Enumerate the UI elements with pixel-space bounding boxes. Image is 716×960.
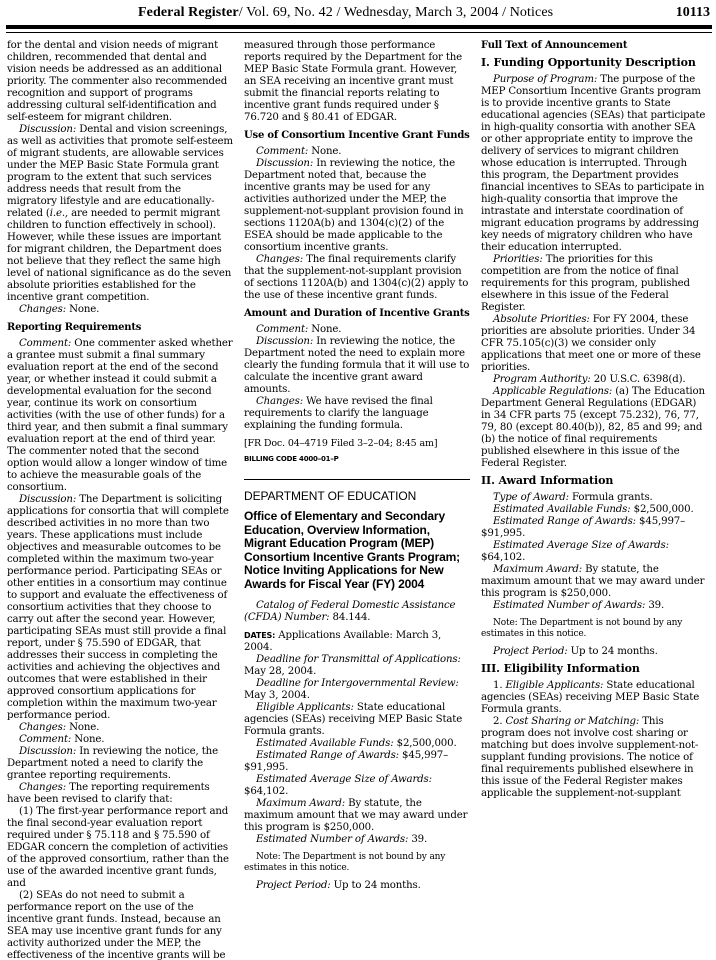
cfda-number: Catalog of Federal Domestic Assistance (… xyxy=(244,600,470,624)
paragraph: measured through those performance repor… xyxy=(244,40,470,124)
section-heading: I. Funding Opportunity Description xyxy=(481,57,707,69)
dates: DATES: Applications Available: March 3, … xyxy=(244,630,470,654)
paragraph-discussion: Discussion: In reviewing the notice, the… xyxy=(7,746,233,782)
section-heading: II. Award Information xyxy=(481,475,707,487)
estimated-average: Estimated Average Size of Awards: $64,10… xyxy=(244,774,470,798)
eligible-applicants: Eligible Applicants: State educational a… xyxy=(244,702,470,738)
estimated-range: Estimated Range of Awards: $45,997–$91,9… xyxy=(244,750,470,774)
paragraph-item-1: (1) The first-year performance report an… xyxy=(7,806,233,890)
header-title: Federal Register/ Vol. 69, No. 42 / Wedn… xyxy=(138,5,553,21)
issue-info: / Vol. 69, No. 42 / Wednesday, March 3, … xyxy=(239,5,553,20)
header-rule-thin xyxy=(6,32,712,33)
paragraph-comment: Comment: None. xyxy=(7,734,233,746)
paragraph-comment: Comment: None. xyxy=(244,324,470,336)
column-3: Full Text of Announcement I. Funding Opp… xyxy=(481,40,707,800)
publication-name: Federal Register xyxy=(138,5,239,20)
page-number: 10113 xyxy=(676,5,710,21)
section-heading: Reporting Requirements xyxy=(7,322,233,334)
paragraph-discussion: Discussion: In reviewing the notice, the… xyxy=(244,158,470,254)
estimated-funds: Estimated Available Funds: $2,500,000. xyxy=(244,738,470,750)
column-1: for the dental and vision needs of migra… xyxy=(7,40,233,960)
section-heading: Full Text of Announcement xyxy=(481,40,707,52)
paragraph-changes: Changes: None. xyxy=(7,722,233,734)
priorities: Priorities: The priorities for this comp… xyxy=(481,254,707,314)
estimated-average: Estimated Average Size of Awards: $64,10… xyxy=(481,540,707,564)
estimated-number: Estimated Number of Awards: 39. xyxy=(481,600,707,612)
paragraph: for the dental and vision needs of migra… xyxy=(7,40,233,124)
paragraph-discussion: Discussion: The Department is soliciting… xyxy=(7,494,233,722)
estimates-note: Note: The Department is not bound by any… xyxy=(481,618,707,640)
header-rule-thick xyxy=(6,25,712,29)
estimated-number: Estimated Number of Awards: 39. xyxy=(244,834,470,846)
purpose-of-program: Purpose of Program: The purpose of the M… xyxy=(481,74,707,254)
paragraph-discussion: Discussion: In reviewing the notice, the… xyxy=(244,336,470,396)
paragraph-comment: Comment: None. xyxy=(244,146,470,158)
estimated-funds: Estimated Available Funds: $2,500,000. xyxy=(481,504,707,516)
paragraph-comment: Comment: One commenter asked whether a g… xyxy=(7,338,233,494)
estimated-range: Estimated Range of Awards: $45,997–$91,9… xyxy=(481,516,707,540)
project-period: Project Period: Up to 24 months. xyxy=(481,646,707,658)
type-of-award: Type of Award: Formula grants. xyxy=(481,492,707,504)
page-header: Federal Register/ Vol. 69, No. 42 / Wedn… xyxy=(6,0,712,24)
project-period: Project Period: Up to 24 months. xyxy=(244,880,470,892)
deadline-transmittal: Deadline for Transmittal of Applications… xyxy=(244,654,470,678)
maximum-award: Maximum Award: By statute, the maximum a… xyxy=(481,564,707,600)
paragraph-changes: Changes: The reporting requirements have… xyxy=(7,782,233,806)
paragraph-changes: Changes: We have revised the final requi… xyxy=(244,396,470,432)
section-heading: Use of Consortium Incentive Grant Funds xyxy=(244,130,470,142)
program-authority: Program Authority: 20 U.S.C. 6398(d). xyxy=(481,374,707,386)
fr-doc-citation: [FR Doc. 04–4719 Filed 3–2–04; 8:45 am] xyxy=(244,438,470,450)
applicable-regulations: Applicable Regulations: (a) The Educatio… xyxy=(481,386,707,470)
paragraph-item-2: (2) SEAs do not need to submit a perform… xyxy=(7,890,233,960)
paragraph-discussion: Discussion: Dental and vision screenings… xyxy=(7,124,233,304)
maximum-award: Maximum Award: By statute, the maximum a… xyxy=(244,798,470,834)
section-divider xyxy=(244,479,470,480)
notice-subject: Office of Elementary and Secondary Educa… xyxy=(244,510,470,591)
eligibility-item-2: 2. Cost Sharing or Matching: This progra… xyxy=(481,716,707,800)
column-2: measured through those performance repor… xyxy=(244,40,470,892)
absolute-priorities: Absolute Priorities: For FY 2004, these … xyxy=(481,314,707,374)
section-heading: III. Eligibility Information xyxy=(481,663,707,675)
agency-name: DEPARTMENT OF EDUCATION xyxy=(244,490,470,502)
estimates-note: Note: The Department is not bound by any… xyxy=(244,852,470,874)
paragraph-changes: Changes: None. xyxy=(7,304,233,316)
billing-code: BILLING CODE 4000–01–P xyxy=(244,453,470,465)
deadline-review: Deadline for Intergovernmental Review: M… xyxy=(244,678,470,702)
eligibility-item-1: 1. Eligible Applicants: State educationa… xyxy=(481,680,707,716)
section-heading: Amount and Duration of Incentive Grants xyxy=(244,308,470,320)
paragraph-changes: Changes: The final requirements clarify … xyxy=(244,254,470,302)
